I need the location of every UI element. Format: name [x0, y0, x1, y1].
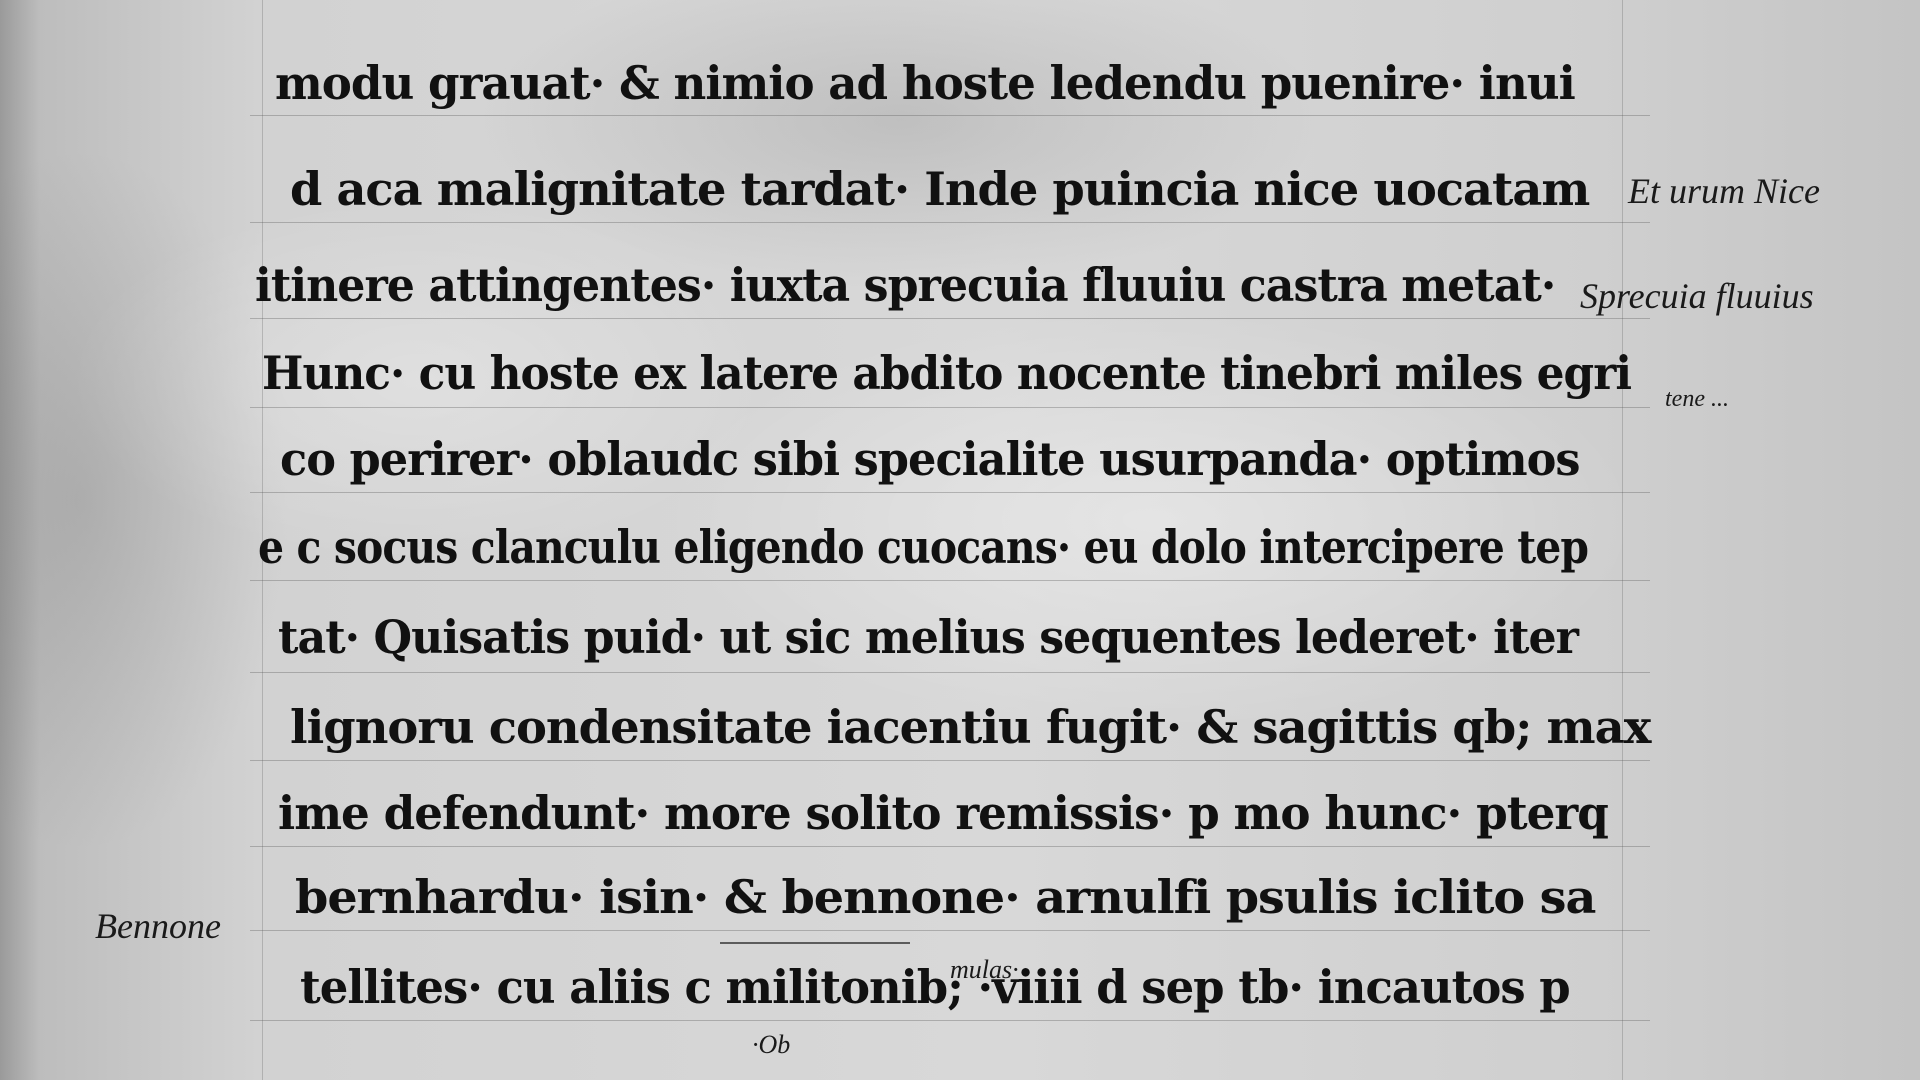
- text-line-9: ime defendunt· more solito remissis· p m…: [278, 786, 1608, 840]
- underline-mark: [720, 942, 910, 944]
- text-line-3: itinere attingentes· iuxta sprecuia fluu…: [255, 258, 1555, 312]
- margin-note-right-2: Sprecuia fluuius: [1580, 275, 1814, 317]
- text-line-11: tellites· cu aliis c militonib; ·viiii d…: [300, 960, 1570, 1014]
- text-line-10: bernhardu· isin· & bennone· arnulfi psul…: [295, 870, 1595, 924]
- text-line-7: tat· Quisatis puid· ut sic melius sequen…: [278, 610, 1578, 664]
- margin-note-right-1: Et urum Nice: [1628, 170, 1820, 212]
- ruling-line: [250, 846, 1650, 847]
- text-line-4: Hunc· cu hoste ex latere abdito nocente …: [262, 346, 1631, 400]
- text-line-2: d aca malignitate tardat· Inde puincia n…: [290, 162, 1589, 216]
- interlinear-note-below: ·Ob: [752, 1030, 790, 1060]
- ruling-line: [250, 672, 1650, 673]
- text-line-1: modu grauat· & nimio ad hoste ledendu pu…: [275, 56, 1575, 110]
- text-line-8: lignoru condensitate iacentiu fugit· & s…: [290, 700, 1650, 754]
- ruling-line: [250, 760, 1650, 761]
- ruling-line: [250, 1020, 1650, 1021]
- ruling-line: [250, 580, 1650, 581]
- margin-ruling-right: [1622, 0, 1623, 1080]
- ruling-line: [250, 222, 1650, 223]
- ruling-line: [250, 318, 1650, 319]
- ruling-line: [250, 115, 1650, 116]
- ruling-line: [250, 407, 1650, 408]
- ruling-line: [250, 492, 1650, 493]
- margin-note-right-3: tene ...: [1665, 380, 1905, 418]
- text-line-5: co perirer· oblaudc sibi specialite usur…: [280, 432, 1580, 486]
- ruling-line: [250, 930, 1650, 931]
- text-line-6: e c socus clanculu eligendo cuocans· eu …: [258, 520, 1588, 574]
- interlinear-note-above: mulas·: [950, 955, 1019, 985]
- margin-note-left: Bennone: [95, 905, 221, 947]
